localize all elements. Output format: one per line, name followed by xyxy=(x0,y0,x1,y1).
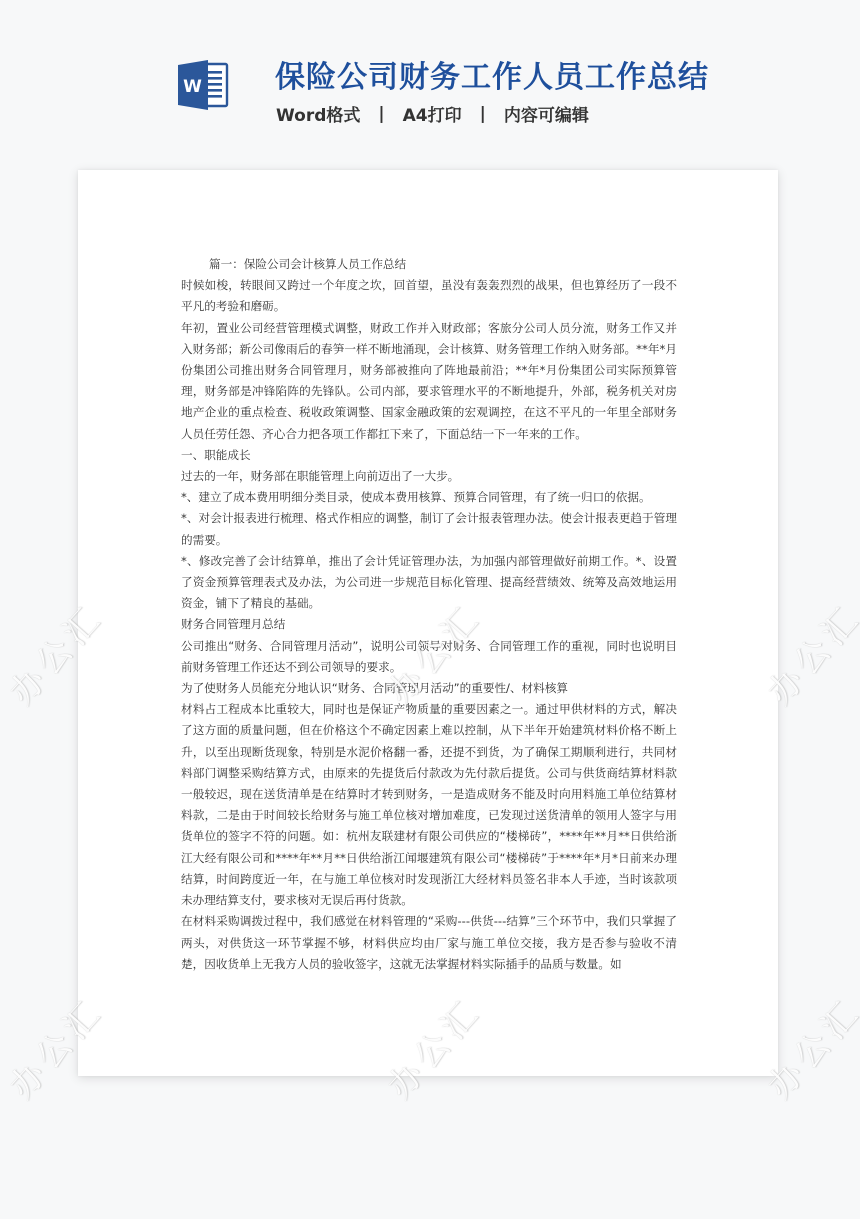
paragraph: 在材料采购调拨过程中，我们感觉在材料管理的“采购---供货---结算”三个环节中… xyxy=(181,911,677,975)
list-item: *、对会计报表进行梳理、格式作相应的调整，制订了会计报表管理办法。使会计报表更趋… xyxy=(181,508,677,550)
paragraph: 为了使财务人员能充分地认识“财务、合同管理月活动”的重要性/、材料核算 xyxy=(181,678,677,699)
document-meta: Word格式 | A4打印 | 内容可编辑 xyxy=(276,101,589,126)
svg-text:W: W xyxy=(183,77,202,97)
meta-separator: | xyxy=(480,104,486,124)
word-document-icon: W xyxy=(176,58,230,112)
meta-print: A4打印 xyxy=(403,101,462,126)
meta-separator: | xyxy=(378,104,384,124)
chapter-heading: 篇一：保险公司会计核算人员工作总结 xyxy=(181,254,677,275)
paragraph: 年初，置业公司经营管理模式调整，财政工作并入财政部；客旅分公司人员分流，财务工作… xyxy=(181,318,677,445)
paragraph: 时候如梭，转眼间又跨过一个年度之坎，回首望，虽没有轰轰烈烈的战果，但也算经历了一… xyxy=(181,275,677,317)
section-heading: 财务合同管理月总结 xyxy=(181,614,677,635)
paragraph: 材料占工程成本比重较大，同时也是保证产物质量的重要因素之一。通过甲供材料的方式，… xyxy=(181,699,677,911)
document-body: 篇一：保险公司会计核算人员工作总结 时候如梭，转眼间又跨过一个年度之坎，回首望，… xyxy=(181,254,677,975)
list-item: *、建立了成本费用明细分类目录，使成本费用核算、预算合同管理，有了统一归口的依据… xyxy=(181,487,677,508)
document-preview-page: W 保险公司财务工作人员工作总结 Word格式 | A4打印 | 内容可编辑 篇… xyxy=(0,0,860,1219)
section-heading: 一、职能成长 xyxy=(181,445,677,466)
preview-header: W 保险公司财务工作人员工作总结 Word格式 | A4打印 | 内容可编辑 xyxy=(0,0,860,160)
document-title: 保险公司财务工作人员工作总结 xyxy=(275,52,709,96)
list-item: *、修改完善了会计结算单，推出了会计凭证管理办法，为加强内部管理做好前期工作。*… xyxy=(181,551,677,615)
paragraph: 公司推出“财务、合同管理月活动”，说明公司领导对财务、合同管理工作的重视，同时也… xyxy=(181,636,677,678)
meta-editable: 内容可编辑 xyxy=(504,101,589,126)
document-paper: 篇一：保险公司会计核算人员工作总结 时候如梭，转眼间又跨过一个年度之坎，回首望，… xyxy=(78,170,778,1076)
meta-format: Word格式 xyxy=(276,101,360,126)
paragraph: 过去的一年，财务部在职能管理上向前迈出了一大步。 xyxy=(181,466,677,487)
